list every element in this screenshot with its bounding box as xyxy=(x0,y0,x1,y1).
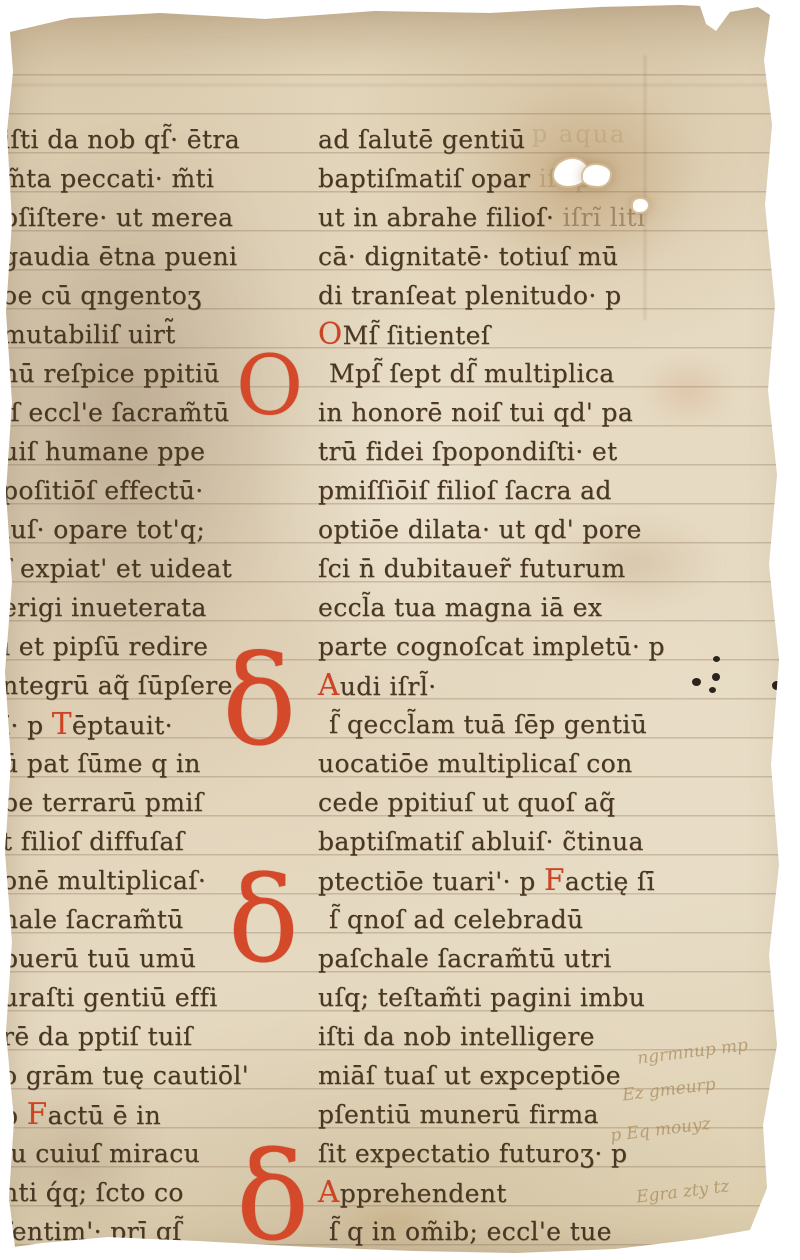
text-segment: gaudia ētna pueni xyxy=(2,242,237,271)
text-line: pſiſtere· ut merea xyxy=(2,198,268,237)
text-line: p Factū ē in xyxy=(2,1095,268,1134)
text-segment: Mpſ̃ ſept dſ̃ multiplica xyxy=(329,359,615,388)
text-segment: iſ eccl'e ſacram̃tū xyxy=(2,398,230,427)
text-segment: actū ē in xyxy=(48,1101,161,1130)
text-segment: in honorē noiſ tui qd' pa xyxy=(318,398,633,427)
rubric-letter: A xyxy=(318,1175,340,1209)
text-segment: baptiſmatiſ opar xyxy=(318,164,530,193)
text-segment: iſti da nob qſ̃· ētra xyxy=(2,125,240,154)
text-line: baptiſmatiſ opar iſ ſpi xyxy=(318,159,690,198)
text-segment: uraſti gentiū effi xyxy=(2,983,218,1012)
text-segment: ſit expectatio futuroʒ· p xyxy=(318,1139,627,1168)
text-segment: nū reſpice ppitiū xyxy=(2,359,220,388)
text-segment: ſ expiat' et uideat xyxy=(2,554,232,583)
text-segment: ēptauit· xyxy=(72,711,173,740)
text-segment: cā· dignitatē· totiuſ mū xyxy=(318,242,618,271)
text-segment: t filioſ diffuſaſ xyxy=(2,827,184,856)
text-segment: Mſ̃ ſitienteſ xyxy=(343,321,491,350)
text-segment: udi iſrl̃· xyxy=(340,672,437,701)
text-segment: ut in abrahe filioſ· xyxy=(318,203,563,232)
text-line: uiſ humane ppe xyxy=(2,432,268,471)
rubric-letter: O xyxy=(318,317,343,351)
text-segment: i et pipſū redire xyxy=(2,632,208,661)
text-line: paſchale ſacram̃tū utri xyxy=(318,939,690,978)
text-line: eccl̃a tua magna iā ex xyxy=(318,588,690,627)
text-line: m̃ta peccati· m̃ti xyxy=(2,159,268,198)
text-line: iu cuiuſ miracu xyxy=(2,1134,268,1173)
text-segment: ū pat ſūme q in xyxy=(2,749,201,778)
rubric-letter: A xyxy=(318,668,340,702)
text-line: Audi iſrl̃· xyxy=(318,666,690,705)
text-segment: p xyxy=(2,1101,27,1130)
text-line: ſ̃ qnoſ ad celebradū xyxy=(318,900,690,939)
text-segment: iu cuiuſ miracu xyxy=(2,1139,200,1168)
text-line: rē da pptiſ tuiſ xyxy=(2,1017,268,1056)
text-line: in honorē noiſ tui qd' pa xyxy=(318,393,690,432)
text-segment: di tranſeat plenitudo· p xyxy=(318,281,621,310)
text-line: mutabiliſ uirt̃ xyxy=(2,315,268,354)
text-line: ſ expiat' et uideat xyxy=(2,549,268,588)
text-line: ad ſalutē gentiū xyxy=(318,120,690,159)
ink-dot xyxy=(713,656,720,662)
text-segment: iuſ· opare tot'q; xyxy=(2,515,205,544)
text-line: nti q́q; ſcto co xyxy=(2,1173,268,1212)
text-column-right: ad ſalutē gentiūbaptiſmatiſ opar iſ ſpiu… xyxy=(318,120,690,1251)
text-line: uocatiōe multiplicaſ con xyxy=(318,744,690,783)
text-segment: puerū tuū umū xyxy=(2,944,196,973)
text-line: pmiſſiōiſ filioſ ſacra ad xyxy=(318,471,690,510)
illuminated-initial-O: O xyxy=(236,352,303,422)
text-segment: pſentiū munerū firma xyxy=(318,1100,599,1129)
text-line: uſq; teſtam̃ti pagini imbu xyxy=(318,978,690,1017)
text-line: OMſ̃ ſitienteſ xyxy=(318,315,690,354)
text-segment: iſti da nob intelligere xyxy=(318,1022,595,1051)
text-segment: poſitiōſ effectū· xyxy=(2,476,204,505)
text-line: erigi inueterata xyxy=(2,588,268,627)
text-line: be terrarū pmiſ xyxy=(2,783,268,822)
text-segment: o grām tuę cautiōl' xyxy=(2,1061,249,1090)
text-segment: paſchale ſacram̃tū utri xyxy=(318,944,612,973)
rubric-letter: F xyxy=(544,863,565,897)
text-segment: actię ſī xyxy=(565,867,655,896)
text-segment: ad ſalutē gentiū xyxy=(318,125,525,154)
illuminated-initial-D: δ xyxy=(236,1146,309,1250)
text-line: iſti da nob intelligere xyxy=(318,1017,690,1056)
text-line: gaudia ētna pueni xyxy=(2,237,268,276)
text-segment: cede ppitiuſ ut quoſ aq̃ xyxy=(318,788,615,817)
photo-background: p aqua iſti da nob qſ̃· ētram̃ta peccati… xyxy=(0,0,800,1260)
illuminated-initial-D: δ xyxy=(228,870,299,970)
text-segment: ſ̃ qeccl̃am tuā ſēp gentiū xyxy=(329,710,647,739)
ink-dot xyxy=(712,673,720,681)
text-segment: uiſ humane ppe xyxy=(2,437,205,466)
text-line: Apprehendent xyxy=(318,1173,690,1212)
text-line: oe cū qngentoʒ xyxy=(2,276,268,315)
text-line: cede ppitiuſ ut quoſ aq̃ xyxy=(318,783,690,822)
text-line: ſentim'· prī qſ̃ xyxy=(2,1212,268,1251)
text-segment: ntegrū aq̃ ſūpſere xyxy=(2,671,233,700)
text-segment: nti q́q; ſcto co xyxy=(2,1178,184,1207)
rubric-letter: T xyxy=(52,707,72,741)
text-line: Mpſ̃ ſept dſ̃ multiplica xyxy=(318,354,690,393)
text-segment: ptectiōe tuari'· p xyxy=(318,867,544,896)
text-segment: uſq; teſtam̃ti pagini imbu xyxy=(318,983,645,1012)
text-line: poſitiōſ effectū· xyxy=(2,471,268,510)
text-segment: mutabiliſ uirt̃ xyxy=(2,320,176,349)
text-segment: ī· p xyxy=(2,711,52,740)
text-segment: uocatiōe multiplicaſ con xyxy=(318,749,633,778)
text-segment: onē multiplicaſ· xyxy=(2,866,206,895)
text-segment: hale ſacram̃tū xyxy=(2,905,184,934)
text-segment: ſ̃ qnoſ ad celebradū xyxy=(329,905,584,934)
manuscript-leaf: p aqua iſti da nob qſ̃· ētram̃ta peccati… xyxy=(0,0,800,1260)
ink-dot xyxy=(692,678,701,686)
text-segment: pſiſtere· ut merea xyxy=(2,203,233,232)
text-segment: eccl̃a tua magna iā ex xyxy=(318,593,602,622)
text-segment: pmiſſiōiſ filioſ ſacra ad xyxy=(318,476,612,505)
text-segment: ſci n̄ dubitauer̃ futurum xyxy=(318,554,626,583)
text-segment: m̃ta peccati· m̃ti xyxy=(2,164,214,193)
text-line: ſ̃ q in om̃ib; eccl'e tue xyxy=(318,1212,690,1251)
parchment-hole xyxy=(583,165,610,186)
text-segment: parte cognoſcat impletū· p xyxy=(318,632,665,661)
text-line: o grām tuę cautiōl' xyxy=(2,1056,268,1095)
text-line: parte cognoſcat impletū· p xyxy=(318,627,690,666)
text-segment: be terrarū pmiſ xyxy=(2,788,203,817)
text-segment: baptiſmatiſ abluiſ· c̃tinua xyxy=(318,827,644,856)
text-line: baptiſmatiſ abluiſ· c̃tinua xyxy=(318,822,690,861)
illuminated-initial-D: δ xyxy=(222,650,297,755)
ink-dot xyxy=(772,681,781,690)
text-segment: erigi inueterata xyxy=(2,593,207,622)
text-line: ptectiōe tuari'· p Factię ſī xyxy=(318,861,690,900)
text-line: cā· dignitatē· totiuſ mū xyxy=(318,237,690,276)
text-segment: ſ̃ q in om̃ib; eccl'e tue xyxy=(329,1217,612,1246)
text-segment: pprehendent xyxy=(340,1179,507,1208)
text-line: nū reſpice ppitiū xyxy=(2,354,268,393)
ink-dot xyxy=(709,687,716,693)
text-segment: rē da pptiſ tuiſ xyxy=(2,1022,193,1051)
text-line: iſti da nob qſ̃· ētra xyxy=(2,120,268,159)
text-line: iſ eccl'e ſacram̃tū xyxy=(2,393,268,432)
text-line: trū fidei ſpopondiſti· et xyxy=(318,432,690,471)
text-segment: trū fidei ſpopondiſti· et xyxy=(318,437,618,466)
text-segment: optiōe dilata· ut qd' pore xyxy=(318,515,642,544)
text-line: iuſ· opare tot'q; xyxy=(2,510,268,549)
rubric-letter: F xyxy=(27,1097,48,1131)
text-segment: miāſ tuaſ ut expceptiōe xyxy=(318,1061,621,1090)
text-line: optiōe dilata· ut qd' pore xyxy=(318,510,690,549)
text-line: ſci n̄ dubitauer̃ futurum xyxy=(318,549,690,588)
text-line: ſ̃ qeccl̃am tuā ſēp gentiū xyxy=(318,705,690,744)
text-segment: oe cū qngentoʒ xyxy=(2,281,202,310)
text-segment: ſentim'· prī qſ̃ xyxy=(2,1217,182,1246)
text-line: di tranſeat plenitudo· p xyxy=(318,276,690,315)
